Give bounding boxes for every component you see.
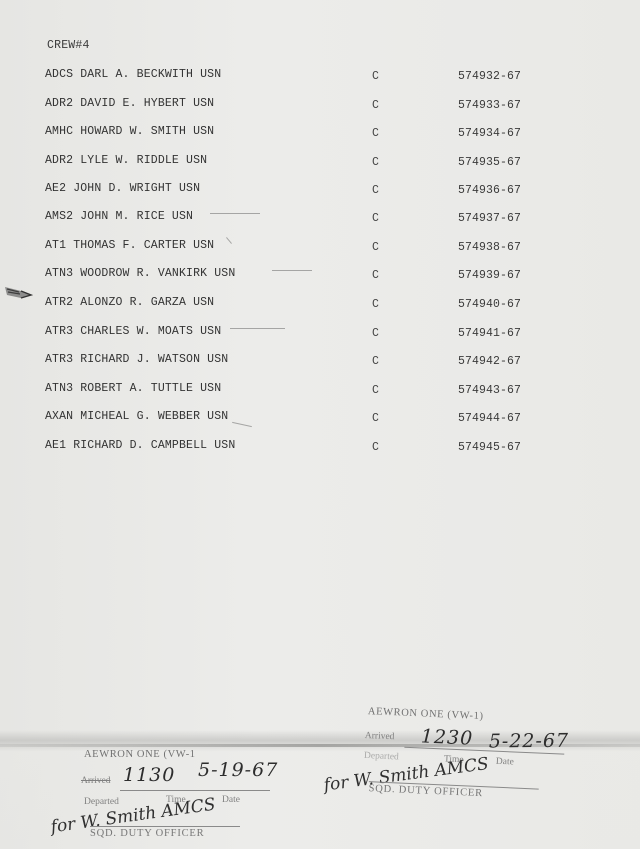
crew-heading: CREW#4	[47, 39, 90, 52]
crew-name: AE1 RICHARD D. CAMPBELL USN	[45, 439, 235, 452]
crew-name: AE2 JOHN D. WRIGHT USN	[45, 182, 200, 195]
crew-number: 574936-67	[458, 184, 521, 197]
crew-row: AMS2 JOHN M. RICE USN C 574937-67	[0, 210, 640, 230]
crew-class: C	[372, 412, 379, 425]
crew-class: C	[372, 99, 379, 112]
stamp-unit: AEWRON ONE (VW-1)	[368, 706, 484, 722]
crew-number: 574938-67	[458, 241, 521, 254]
crew-number: 574940-67	[458, 298, 521, 311]
crew-class: C	[372, 355, 379, 368]
crew-row: AMHC HOWARD W. SMITH USN C 574934-67	[0, 125, 640, 145]
crew-number: 574935-67	[458, 156, 521, 169]
crew-number: 574945-67	[458, 441, 521, 454]
crew-row: ADR2 DAVID E. HYBERT USN C 574933-67	[0, 97, 640, 117]
arrival-stamp-left: AEWRON ONE (VW-1 Arrived 1130 5-19-67 De…	[70, 746, 300, 846]
stamp-departed-label: Departed	[84, 797, 119, 807]
stamp-officer-label: SQD. DUTY OFFICER	[90, 828, 204, 839]
crew-class: C	[372, 441, 379, 454]
crew-row: AXAN MICHEAL G. WEBBER USN C 574944-67	[0, 410, 640, 430]
crew-number: 574941-67	[458, 327, 521, 340]
stamp-date-value: 5-22-67	[489, 730, 569, 753]
arrival-stamp-right: AEWRON ONE (VW-1) Arrived 1230 5-22-67 D…	[358, 703, 602, 813]
crew-row: AE1 RICHARD D. CAMPBELL USN C 574945-67	[0, 439, 640, 459]
crew-name: ATR2 ALONZO R. GARZA USN	[45, 296, 214, 309]
crew-class: C	[372, 184, 379, 197]
crew-number: 574943-67	[458, 384, 521, 397]
stamp-time-value: 1130	[123, 764, 175, 786]
stamp-date-value: 5-19-67	[198, 759, 278, 781]
crew-name: AT1 THOMAS F. CARTER USN	[45, 239, 214, 252]
crew-class: C	[372, 298, 379, 311]
crew-class: C	[372, 156, 379, 169]
crew-name: AMS2 JOHN M. RICE USN	[45, 210, 193, 223]
crew-name: ATN3 WOODROW R. VANKIRK USN	[45, 267, 235, 280]
crew-number: 574932-67	[458, 70, 521, 83]
crew-class: C	[372, 127, 379, 140]
crew-row: ADR2 LYLE W. RIDDLE USN C 574935-67	[0, 154, 640, 174]
stamp-date-label: Date	[496, 757, 514, 768]
crew-class: C	[372, 212, 379, 225]
pen-stroke	[230, 328, 285, 329]
crew-number: 574933-67	[458, 99, 521, 112]
stamp-date-label: Date	[222, 795, 240, 805]
crew-name: AXAN MICHEAL G. WEBBER USN	[45, 410, 228, 423]
stamp-time-value: 1230	[420, 725, 473, 749]
crew-name: ATR3 CHARLES W. MOATS USN	[45, 325, 221, 338]
crew-number: 574944-67	[458, 412, 521, 425]
crew-row: ADCS DARL A. BECKWITH USN C 574932-67	[0, 68, 640, 88]
stamp-departed-label: Departed	[364, 751, 399, 763]
crew-class: C	[372, 241, 379, 254]
pen-stroke	[272, 270, 312, 271]
crew-name: ADCS DARL A. BECKWITH USN	[45, 68, 221, 81]
crew-class: C	[372, 70, 379, 83]
crew-number: 574942-67	[458, 355, 521, 368]
crew-row: ATN3 ROBERT A. TUTTLE USN C 574943-67	[0, 382, 640, 402]
crew-row: ATR3 RICHARD J. WATSON USN C 574942-67	[0, 353, 640, 373]
crew-class: C	[372, 269, 379, 282]
crew-row: ATR2 ALONZO R. GARZA USN C 574940-67	[0, 296, 640, 316]
crew-class: C	[372, 327, 379, 340]
document-page: CREW#4 ADCS DARL A. BECKWITH USN C 57493…	[0, 0, 640, 849]
crew-number: 574934-67	[458, 127, 521, 140]
crew-name: ADR2 LYLE W. RIDDLE USN	[45, 154, 207, 167]
stamp-unit: AEWRON ONE (VW-1	[84, 749, 196, 760]
crew-row: AT1 THOMAS F. CARTER USN C 574938-67	[0, 239, 640, 259]
crew-number: 574937-67	[458, 212, 521, 225]
crew-row: ATN3 WOODROW R. VANKIRK USN C 574939-67	[0, 267, 640, 287]
crew-row: AE2 JOHN D. WRIGHT USN C 574936-67	[0, 182, 640, 202]
crew-name: ATN3 ROBERT A. TUTTLE USN	[45, 382, 221, 395]
stamp-arrived-label: Arrived	[365, 731, 395, 742]
crew-name: AMHC HOWARD W. SMITH USN	[45, 125, 214, 138]
crew-class: C	[372, 384, 379, 397]
crew-name: ADR2 DAVID E. HYBERT USN	[45, 97, 214, 110]
pen-stroke	[210, 213, 260, 214]
hand-drawn-arrow-icon	[3, 283, 33, 301]
crew-row: ATR3 CHARLES W. MOATS USN C 574941-67	[0, 325, 640, 345]
crew-name: ATR3 RICHARD J. WATSON USN	[45, 353, 228, 366]
crew-number: 574939-67	[458, 269, 521, 282]
stamp-arrived-label: Arrived	[81, 776, 111, 786]
